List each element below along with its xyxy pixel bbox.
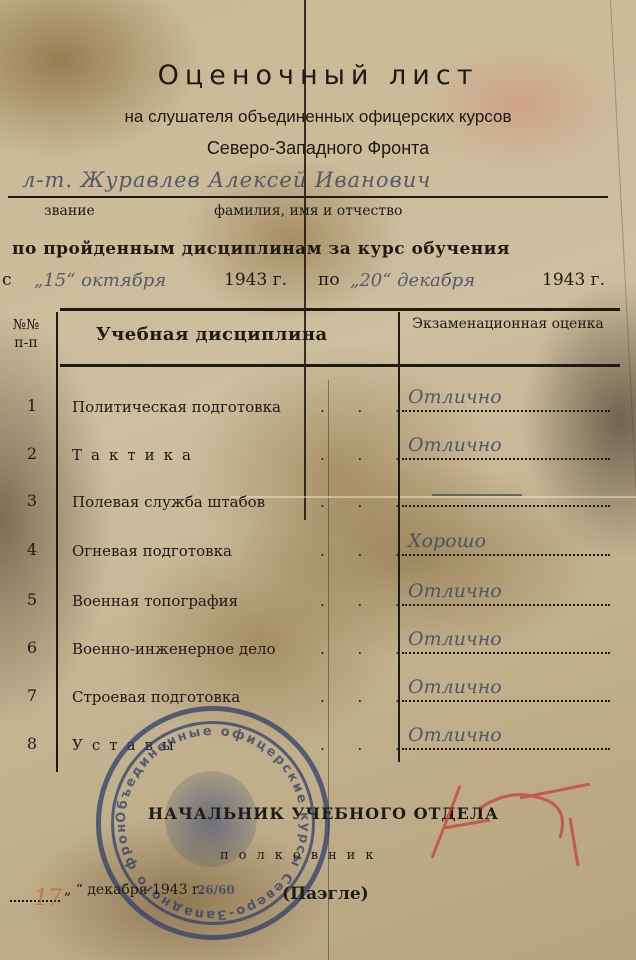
row-grade-handwritten: Отлично bbox=[408, 580, 502, 602]
row-grade-handwritten: Отлично bbox=[408, 434, 502, 456]
signature-date: „ “ декабря 1943 г. bbox=[64, 882, 204, 898]
grade-dotted-line bbox=[402, 458, 610, 460]
row-discipline: Политическая подготовка bbox=[72, 398, 281, 416]
table-header-rule bbox=[60, 364, 620, 367]
grade-dotted-line bbox=[402, 604, 610, 606]
grade-dotted-line bbox=[402, 700, 610, 702]
row-leader-dots: . . . bbox=[320, 493, 414, 511]
grade-dotted-line bbox=[402, 554, 610, 556]
grade-dotted-line bbox=[402, 410, 610, 412]
grade-dotted-line bbox=[402, 748, 610, 750]
row-leader-dots: . . . bbox=[320, 542, 414, 560]
fold-crease-vertical-lower bbox=[328, 380, 329, 960]
header-discipline: Учебная дисциплина bbox=[96, 324, 328, 345]
row-number: 8 bbox=[20, 734, 44, 753]
caption-rank: звание bbox=[44, 203, 95, 219]
row-number: 7 bbox=[20, 686, 44, 705]
row-number: 4 bbox=[20, 540, 44, 559]
row-leader-dots: . . . bbox=[320, 640, 414, 658]
row-number: 5 bbox=[20, 590, 44, 609]
row-number: 3 bbox=[20, 491, 44, 510]
period-from-prefix: с bbox=[2, 270, 12, 290]
document-title: Оценочный лист bbox=[0, 60, 636, 91]
row-discipline: Военная топография bbox=[72, 592, 238, 610]
row-number: 6 bbox=[20, 638, 44, 657]
caption-full-name: фамилия, имя и отчество bbox=[214, 203, 402, 219]
row-leader-dots: . . . bbox=[320, 736, 414, 754]
row-discipline: Строевая подготовка bbox=[72, 688, 240, 706]
row-grade-handwritten: Отлично bbox=[408, 724, 502, 746]
header-number: №№ п-п bbox=[6, 316, 46, 352]
row-discipline: Тактика bbox=[72, 446, 200, 464]
period-to-year: 1943 г. bbox=[542, 270, 605, 290]
signatory-rank: полковник bbox=[220, 848, 383, 863]
red-pencil-signature bbox=[420, 778, 600, 868]
period-heading: по пройденным дисциплинам за курс обучен… bbox=[12, 239, 510, 259]
row-discipline: Огневая подготовка bbox=[72, 542, 232, 560]
grade-dash-row-3 bbox=[432, 494, 522, 496]
table-top-rule bbox=[60, 308, 620, 311]
row-grade-handwritten: Хорошо bbox=[408, 530, 486, 552]
header-grade: Экзаменационная оценка bbox=[408, 314, 608, 335]
row-discipline: Военно-инженерное дело bbox=[72, 640, 276, 658]
orange-margin-mark: 17 bbox=[34, 886, 62, 911]
row-leader-dots: . . . bbox=[320, 446, 414, 464]
row-leader-dots: . . . bbox=[320, 688, 414, 706]
document-subtitle-front: Северо-Западного Фронта bbox=[0, 138, 636, 159]
row-leader-dots: . . . bbox=[320, 592, 414, 610]
period-from-date: „15“ октября bbox=[34, 270, 166, 291]
row-leader-dots: . . . bbox=[320, 398, 414, 416]
grade-dotted-line bbox=[402, 505, 610, 507]
student-name-handwritten: л-т. Журавлев Алексей Иванович bbox=[22, 168, 431, 192]
row-grade-handwritten: Отлично bbox=[408, 628, 502, 650]
table-column-divider bbox=[56, 312, 58, 772]
fold-crease-horizontal bbox=[230, 496, 636, 498]
name-underline bbox=[8, 196, 608, 198]
period-to-date: „20“ декабря bbox=[350, 270, 475, 291]
document-subtitle: на слушателя объединенных офицерских кур… bbox=[0, 107, 636, 127]
row-grade-handwritten: Отлично bbox=[408, 386, 502, 408]
period-to-prefix: по bbox=[318, 270, 340, 290]
row-discipline: Полевая служба штабов bbox=[72, 493, 265, 511]
row-number: 1 bbox=[20, 396, 44, 415]
grade-dotted-line bbox=[402, 652, 610, 654]
period-from-year: 1943 г. bbox=[224, 270, 287, 290]
signatory-name: (Паэгле) bbox=[282, 884, 369, 904]
official-stamp: Объединенные офицерские курсы Северо-Зап… bbox=[96, 706, 330, 940]
row-number: 2 bbox=[20, 444, 44, 463]
row-grade-handwritten: Отлично bbox=[408, 676, 502, 698]
